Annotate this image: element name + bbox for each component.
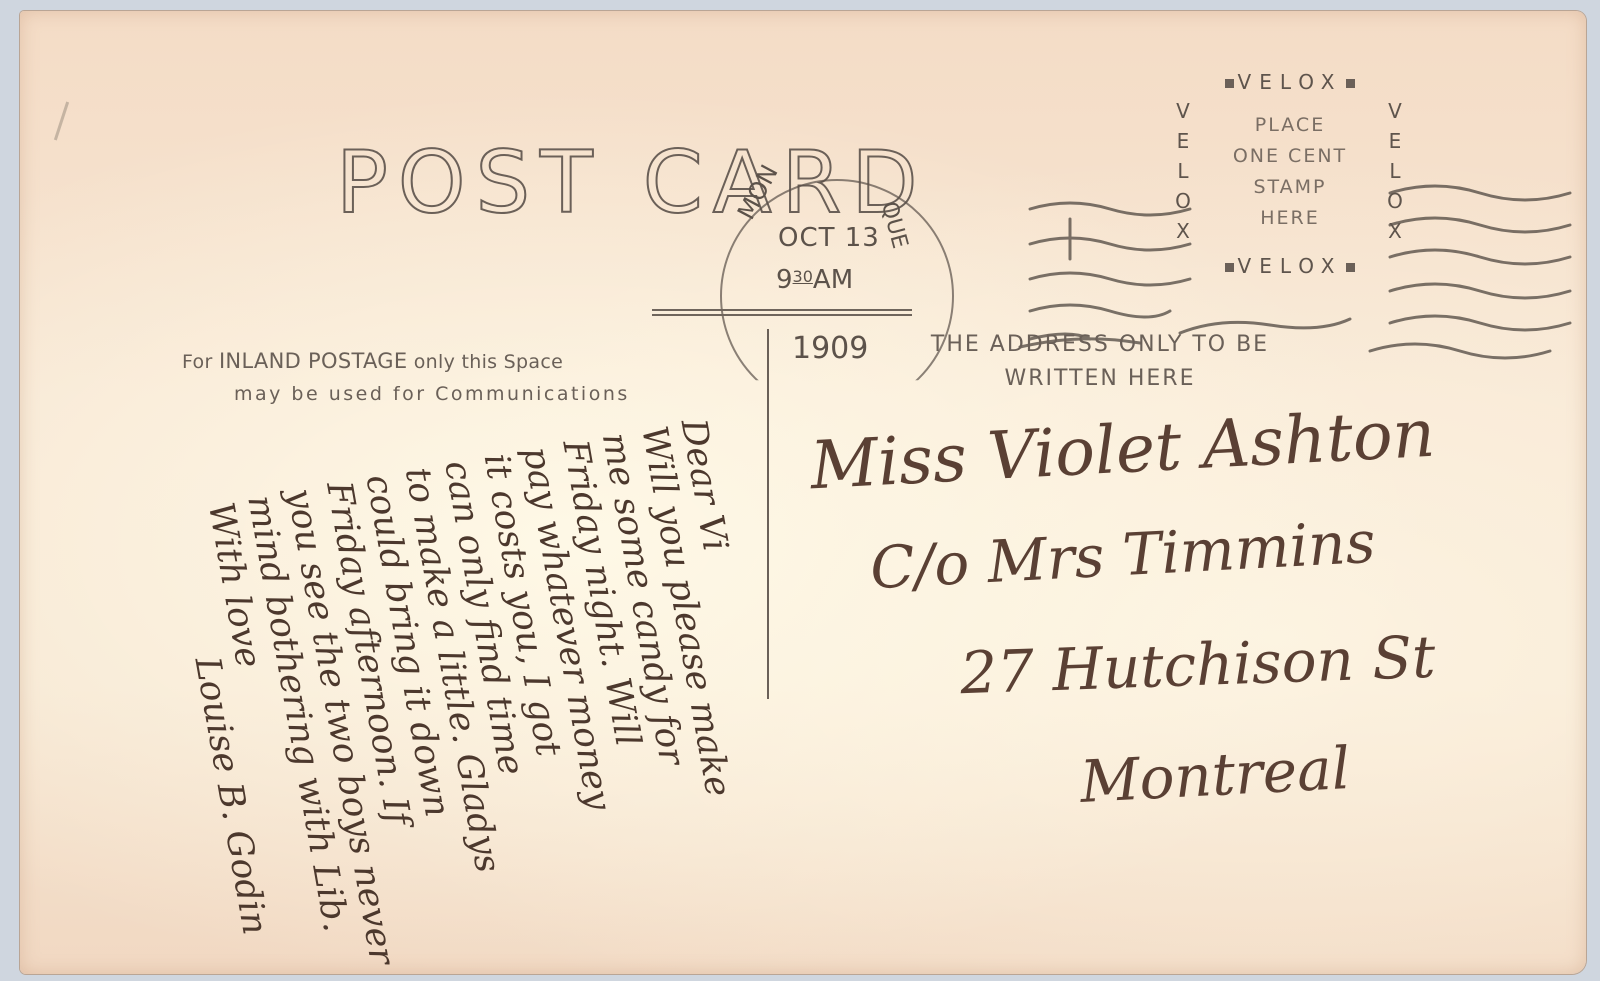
title-word-post: POST bbox=[336, 133, 603, 233]
stamp-border-left: V E L O X bbox=[1172, 96, 1194, 246]
corner-square-icon bbox=[1225, 263, 1234, 272]
stamp-placement-box: VELOX V E L O X PLACE ONE CENT STAMP HER… bbox=[1170, 66, 1410, 281]
inland-postage-notice: For INLAND POSTAGE only this Space may b… bbox=[182, 345, 630, 410]
address-street: 27 Hutchison St bbox=[959, 623, 1436, 708]
address-name: Miss Violet Ashton bbox=[808, 395, 1436, 505]
corner-square-icon bbox=[1346, 79, 1355, 88]
postmark-time: 930AM bbox=[776, 265, 853, 295]
address-city: Montreal bbox=[1078, 734, 1351, 816]
address-care-of: C/o Mrs Timmins bbox=[869, 508, 1377, 602]
horizontal-rule bbox=[652, 309, 912, 311]
stamp-border-right: V E L O X bbox=[1384, 96, 1406, 246]
vertical-divider bbox=[767, 329, 769, 699]
postcard-back: POSTCARD VELOX V E L O X PLACE ONE CENT … bbox=[20, 11, 1586, 974]
handwritten-message: Dear Vi Will you please make me some can… bbox=[161, 416, 796, 974]
address-notice: THE ADDRESS ONLY TO BE WRITTEN HERE bbox=[840, 328, 1360, 396]
corner-square-icon bbox=[1225, 79, 1234, 88]
stamp-border-top: VELOX bbox=[1170, 70, 1410, 94]
edge-smudge bbox=[54, 102, 69, 141]
stamp-border-bottom: VELOX bbox=[1170, 254, 1410, 278]
postmark-date: OCT 13 bbox=[778, 223, 880, 253]
stamp-instructions: PLACE ONE CENT STAMP HERE bbox=[1200, 110, 1380, 234]
corner-square-icon bbox=[1346, 263, 1355, 272]
